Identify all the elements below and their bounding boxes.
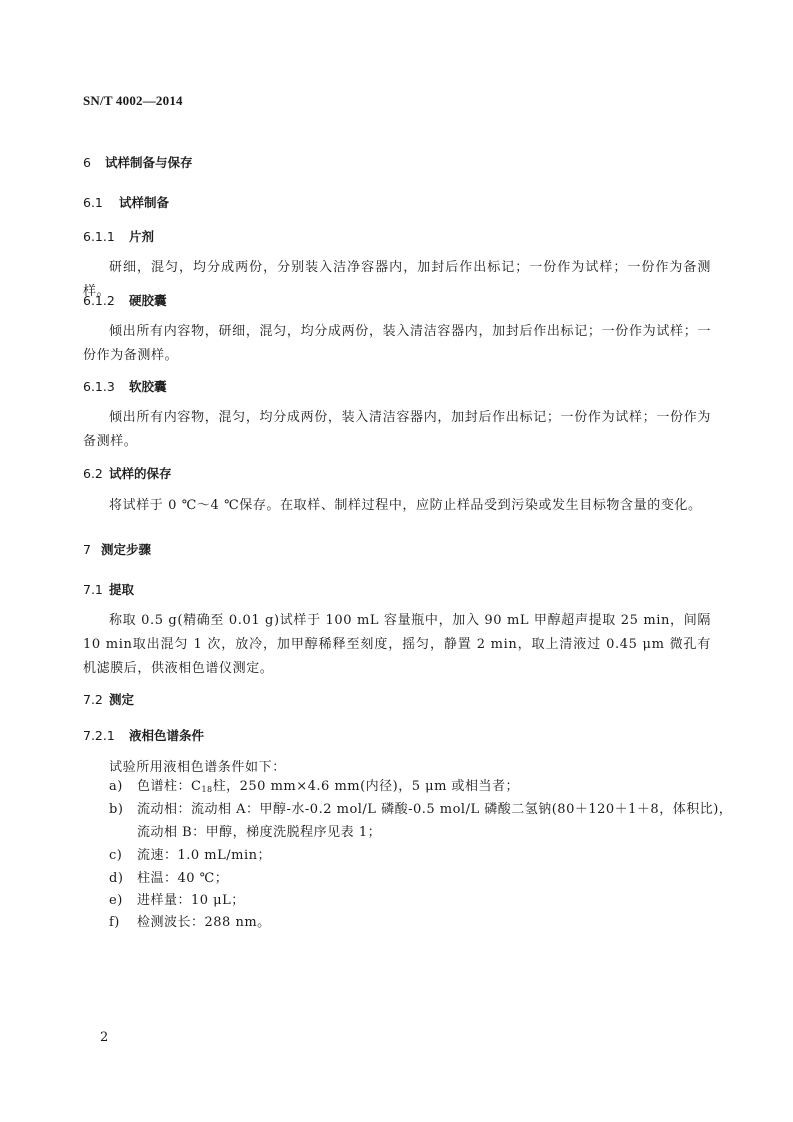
- section-number: 6.1.1: [83, 229, 129, 244]
- list-marker: b): [109, 798, 137, 822]
- list-marker: f): [109, 911, 137, 935]
- section-title: 测定: [109, 692, 134, 707]
- section-title: 测定步骤: [101, 542, 151, 557]
- section-7-1-body: 称取 0.5 g(精确至 0.01 g)试样于 100 mL 容量瓶中，加入 9…: [83, 609, 711, 681]
- section-title: 试样制备与保存: [105, 155, 193, 170]
- section-title: 试样制备: [119, 195, 169, 210]
- list-item-flow-rate: c)流速：1.0 mL/min；: [109, 844, 271, 868]
- section-7-1-heading: 7.1提取: [83, 580, 134, 598]
- section-number: 6.1.2: [83, 293, 129, 308]
- section-6-2-body: 将试样于 0 ℃～4 ℃保存。在取样、制样过程中，应防止样品受到污染或发生目标物…: [83, 494, 711, 518]
- list-item-detection-wavelength: f)检测波长：288 nm。: [109, 911, 271, 935]
- list-marker: d): [109, 867, 137, 891]
- list-item-mobile-phase: b)流动相：流动相 A：甲醇-水-0.2 mol/L 磷酸-0.5 mol/L …: [109, 798, 732, 822]
- section-title: 硬胶囊: [129, 293, 167, 308]
- section-6-2-heading: 6.2试样的保存: [83, 464, 172, 482]
- section-number: 6.1.3: [83, 379, 129, 394]
- list-item-injection-volume: e)进样量：10 μL；: [109, 889, 245, 913]
- section-6-heading: 6试样制备与保存: [83, 153, 193, 171]
- section-number: 7.2: [83, 692, 109, 707]
- list-marker: e): [109, 889, 137, 913]
- list-item-column-temperature: d)柱温：40 ℃；: [109, 867, 228, 891]
- section-6-1-3-body: 倾出所有内容物，混匀，均分成两份，装入清洁容器内，加封后作出标记；一份作为试样；…: [83, 406, 711, 454]
- section-6-1-1-heading: 6.1.1片剂: [83, 227, 154, 245]
- section-6-1-3-heading: 6.1.3软胶囊: [83, 377, 167, 395]
- section-7-2-heading: 7.2测定: [83, 690, 134, 708]
- section-number: 6.1: [83, 195, 119, 210]
- list-marker: a): [109, 775, 137, 799]
- section-title: 液相色谱条件: [129, 728, 204, 743]
- section-number: 7: [83, 542, 101, 557]
- section-number: 6.2: [83, 466, 109, 481]
- section-7-heading: 7测定步骤: [83, 540, 151, 558]
- lc-conditions-intro: 试验所用液相色谱条件如下：: [109, 756, 286, 775]
- section-6-1-2-body: 倾出所有内容物，研细，混匀，均分成两份，装入清洁容器内，加封后作出标记；一份作为…: [83, 320, 711, 368]
- section-6-1-heading: 6.1试样制备: [83, 193, 169, 211]
- section-title: 试样的保存: [109, 466, 172, 481]
- section-number: 7.2.1: [83, 728, 129, 743]
- page-number: 2: [100, 1030, 108, 1045]
- list-marker: c): [109, 844, 137, 868]
- section-number: 6: [83, 155, 105, 170]
- section-number: 7.1: [83, 582, 109, 597]
- standard-code: SN/T 4002—2014: [83, 93, 183, 109]
- section-6-1-1-body: 研细，混匀，均分成两份，分别装入洁净容器内，加封后作出标记；一份作为试样；一份作…: [83, 256, 711, 304]
- list-item-mobile-phase-continued: 流动相 B：甲醇，梯度洗脱程序见表 1；: [137, 821, 381, 845]
- section-7-2-1-heading: 7.2.1液相色谱条件: [83, 726, 204, 744]
- section-title: 片剂: [129, 229, 154, 244]
- section-title: 软胶囊: [129, 379, 167, 394]
- section-6-1-2-heading: 6.1.2硬胶囊: [83, 291, 167, 309]
- section-title: 提取: [109, 582, 134, 597]
